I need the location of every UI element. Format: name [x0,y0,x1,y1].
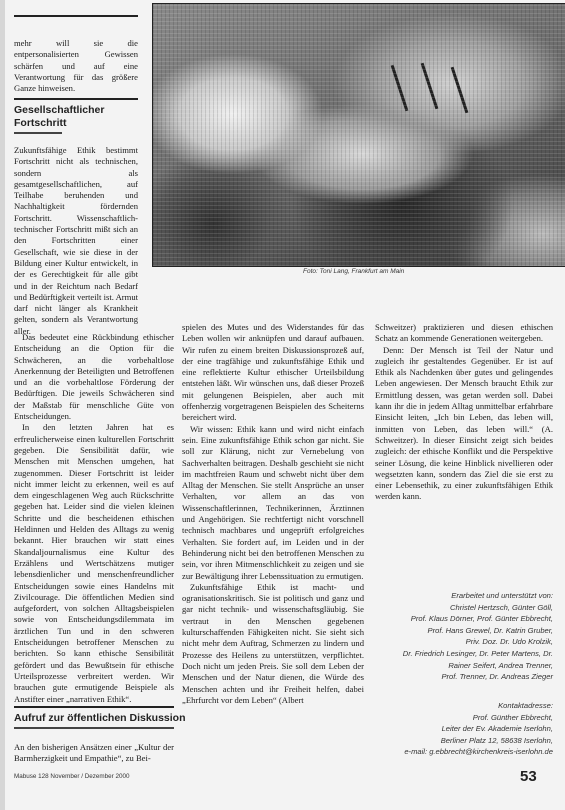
photo-caption: Foto: Toni Lang, Frankfurt am Main [303,268,404,275]
right-paragraph-1: Schweitzer) praktizieren und diesen ethi… [375,322,553,345]
middle-paragraph-1: spielen des Mutes und des Widerstandes f… [182,322,364,424]
photo-detail [421,63,439,110]
section2-heading-underline [14,727,174,729]
section2-column: An den bisherigen Ansätzen einer „Kultur… [14,742,174,765]
credits-line: Dr. Friedrich Lesinger, Dr. Peter Marten… [375,648,553,660]
section2-heading: Aufruf zur öffentlichen Diskussion [14,712,186,725]
credits-line: Christel Hertzsch, Günter Göll, [375,602,553,614]
page-edge [0,0,5,810]
intro-text: mehr will sie die entpersonalisierten Ge… [14,38,138,94]
contact-line: Berliner Platz 12, 58638 Iserlohn, [375,735,553,747]
contact-line: Prof. Günther Ebbrecht, [375,712,553,724]
middle-paragraph-3: Zukunftsfähige Ethik ist macht- und ogra… [182,582,364,706]
top-rule [14,15,138,17]
contact-line: Leiter der Ev. Akademie Iserlohn, [375,723,553,735]
credits-line: Erarbeitet und unterstützt von: [375,590,553,602]
photo-detail [391,65,409,112]
section1-column-narrow: Zukunftsfähige Ethik bestimmt Fortschrit… [14,145,138,337]
credits-line: Prof. Klaus Dörner, Prof. Günter Ebbrech… [375,613,553,625]
section2-paragraph-1: An den bisherigen Ansätzen einer „Kultur… [14,742,174,765]
section1-heading-line1: Gesellschaftlicher [14,104,104,117]
contact-email[interactable]: e-mail: g.ebbrecht@kirchenkreis-iserlohn… [375,746,553,758]
credits-line: Rainer Seifert, Andrea Trenner, [375,660,553,672]
contact-line: Kontaktadresse: [375,700,553,712]
section1-rule [14,98,138,100]
contact-block: Kontaktadresse: Prof. Günther Ebbrecht, … [375,700,553,758]
section1-heading-line2: Fortschritt [14,117,104,130]
credits-line: Priv. Doz. Dr. Udo Krolzik, [375,636,553,648]
credits-line: Prof. Trenner, Dr. Andreas Zieger [375,671,553,683]
section1-paragraph-3: In den letzten Jahren hat es erfreuliche… [14,422,174,704]
right-paragraph-2: Denn: Der Mensch ist Teil der Natur und … [375,345,553,503]
intro-paragraph: mehr will sie die entpersonalisierten Ge… [14,38,138,94]
section1-paragraph-2: Das bedeutet eine Rückbindung ethischer … [14,332,174,422]
hands-photo [152,3,565,267]
section1-heading: Gesellschaftlicher Fortschritt [14,104,104,130]
middle-paragraph-2: Wir wissen: Ethik kann und wird nicht ei… [182,424,364,582]
section1-column-wide: Das bedeutet eine Rückbindung ethischer … [14,332,174,705]
section2-rule [14,706,174,708]
page-number: 53 [520,768,537,785]
right-column: Schweitzer) praktizieren und diesen ethi… [375,322,553,503]
issue-footer: Mabuse 128 November / Dezember 2000 [14,773,130,780]
photo-detail [451,67,469,114]
middle-column: spielen des Mutes und des Widerstandes f… [182,322,364,706]
credits-line: Prof. Hans Grewel, Dr. Katrin Gruber, [375,625,553,637]
section1-heading-underline [14,132,62,134]
credits-block: Erarbeitet und unterstützt von: Christel… [375,590,553,683]
section1-paragraph-1: Zukunftsfähige Ethik bestimmt Fortschrit… [14,145,138,337]
